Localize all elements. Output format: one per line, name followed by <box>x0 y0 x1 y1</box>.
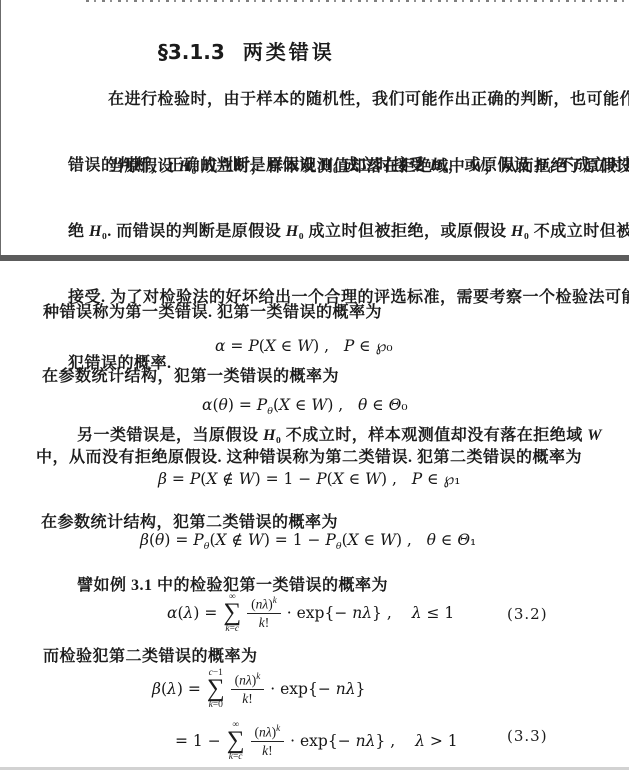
equation-number-3-3: (3.3) <box>507 727 548 745</box>
sigma-icon: ∑ <box>223 602 241 623</box>
equation-3-2: α(λ) = ∞ ∑ k=c (nλ)k k! · exp{− nλ} , λ … <box>167 591 454 635</box>
paragraph-line: 绝 H₀. 而错误的判断是原假设 H₀ 成立时但被拒绝，或原假设 H₀ 不成立时… <box>68 221 629 243</box>
summation: ∞ ∑ k=c <box>227 720 245 762</box>
equation-number-3-2: (3.2) <box>507 605 548 623</box>
paragraph-type1-start: 当原假设 H₀ 成立时，样本观测值却落在拒绝域中 W，从而拒绝了原假设. 这 <box>68 156 629 178</box>
sigma-icon: ∑ <box>207 678 225 699</box>
line-example-type2: 而检验犯第二类错误的概率为 <box>43 646 258 668</box>
line-parametric1: 在参数统计结构，犯第一类错误的概率为 <box>42 366 339 388</box>
paragraph-intro: 在进行检验时，由于样本的随机性，我们可能作出正确的判断，也可能作出 错误的判断，… <box>68 45 629 419</box>
textbook-scan-page: §3.1.3两类错误 在进行检验时，由于样本的随机性，我们可能作出正确的判断，也… <box>0 0 629 770</box>
formula-alpha-theta: α(θ) = Pθ(X ∈ W) , θ ∈ Θ₀ <box>202 396 408 417</box>
fraction: (nλ)k k! <box>251 723 285 759</box>
cutoff-text-fragments <box>86 0 629 2</box>
formula-beta-theta: β(θ) = Pθ(X ∉ W) = 1 − Pθ(X ∈ W) , θ ∈ Θ… <box>140 531 476 552</box>
page-edge-line <box>0 0 1 257</box>
fraction: (nλ)k k! <box>231 671 265 707</box>
sigma-icon: ∑ <box>227 730 245 751</box>
equation-3-3-line2: = 1 − ∞ ∑ k=c (nλ)k k! · exp{− nλ} , λ >… <box>175 719 458 763</box>
paragraph-type2-line2: 中，从而没有拒绝原假设. 这种错误称为第二类错误. 犯第二类错误的概率为 <box>36 447 582 469</box>
page-break-bar <box>0 255 629 261</box>
paragraph-type2-line1: 另一类错误是，当原假设 H₀ 不成立时，样本观测值却没有落在拒绝域 W <box>37 425 602 447</box>
line-type1-intro: 种错误称为第一类错误. 犯第一类错误的概率为 <box>43 302 382 324</box>
summation: ∞ ∑ k=c <box>223 592 241 634</box>
paragraph-line: 在进行检验时，由于样本的随机性，我们可能作出正确的判断，也可能作出 <box>68 89 629 111</box>
fraction: (nλ)k k! <box>247 595 281 631</box>
equation-3-3-line1: β(λ) = c−1 ∑ k=0 (nλ)k k! · exp{− nλ} <box>152 667 365 711</box>
formula-beta: β = P(X ∉ W) = 1 − P(X ∈ W) , P ∈ ℘₁ <box>158 470 461 488</box>
formula-alpha: α = P(X ∈ W) , P ∈ ℘₀ <box>215 337 393 355</box>
summation: c−1 ∑ k=0 <box>207 668 225 710</box>
